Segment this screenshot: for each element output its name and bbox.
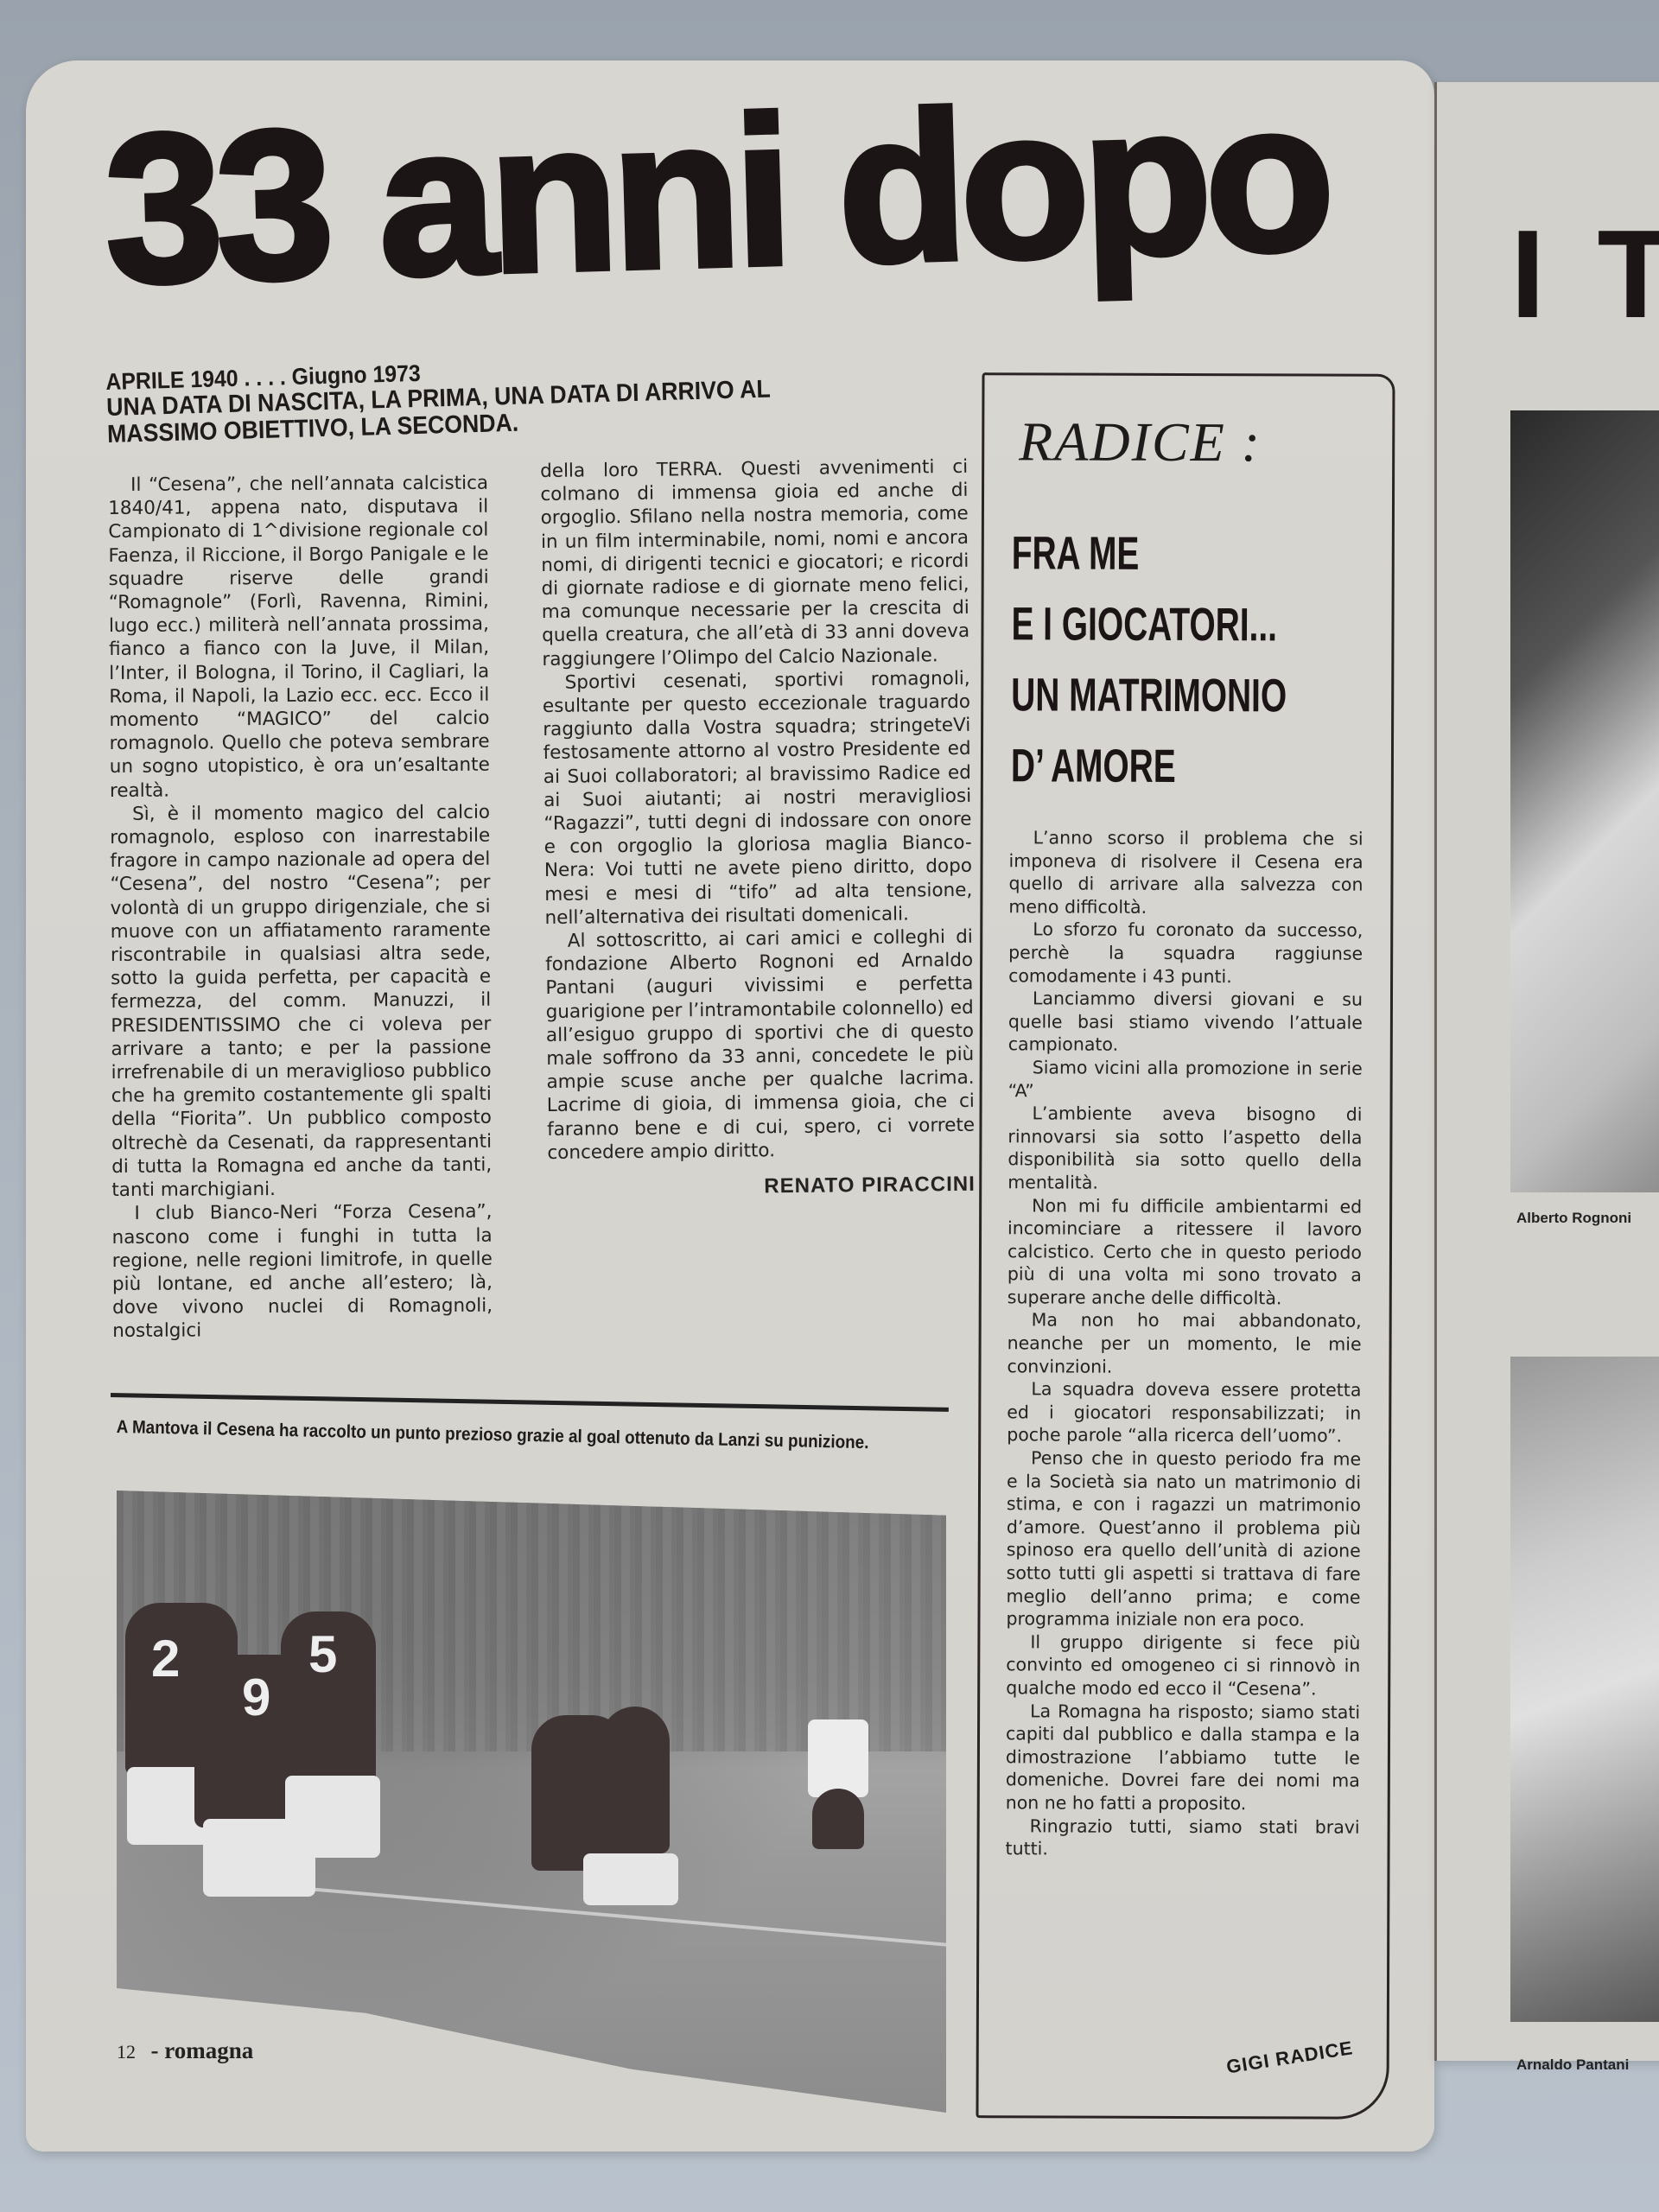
- player-dark-shorts: [812, 1789, 864, 1849]
- article-paragraph: Al sottoscritto, ai cari amici e collegh…: [545, 925, 976, 1165]
- sidebar-paragraph: L’ambiente aveva bisogno di rinnovarsi s…: [1007, 1102, 1362, 1195]
- article-paragraph: della loro TERRA. Questi avvenimenti ci …: [540, 455, 970, 671]
- sidebar-title-line: E I GIOCATORI...: [1011, 588, 1287, 660]
- portrait-caption: Alberto Rognoni: [1516, 1210, 1631, 1227]
- sidebar-paragraph: Il gruppo dirigente si fece più convinto…: [1006, 1630, 1360, 1700]
- portrait-photo-pantani: [1510, 1357, 1659, 2022]
- jersey-number: 9: [242, 1668, 270, 1727]
- sidebar-paragraph: L’anno scorso il problema che si imponev…: [1008, 826, 1363, 919]
- sidebar-author: GIGI RADICE: [1225, 2037, 1355, 2078]
- sidebar-paragraph: Non mi fu difficile ambientarmi ed incom…: [1007, 1194, 1362, 1310]
- publication-name: - romagna: [151, 2037, 254, 2063]
- player-shorts: [285, 1776, 380, 1858]
- article-column-1: Il “Cesena”, che nell’annata calcistica …: [108, 472, 493, 1344]
- article-author: RENATO PIRACCINI: [548, 1173, 976, 1200]
- player: [601, 1707, 670, 1853]
- page-headline: 33 anni dopo: [102, 70, 1330, 315]
- page-footer: 12 - romagna: [117, 2037, 253, 2064]
- player-shorts: [583, 1853, 678, 1905]
- sidebar-paragraph: Penso che in questo periodo fra me e la …: [1006, 1446, 1361, 1631]
- sidebar-kicker: RADICE :: [1019, 410, 1262, 474]
- interview-sidebar-box: RADICE : FRA ME E I GIOCATORI... UN MATR…: [976, 372, 1395, 2120]
- sidebar-title: FRA ME E I GIOCATORI... UN MATRIMONIO D’…: [1011, 518, 1287, 802]
- portrait-caption: Arnaldo Pantani: [1516, 2056, 1629, 2074]
- sidebar-paragraph: Lanciammo diversi giovani e su quelle ba…: [1008, 987, 1363, 1057]
- article-paragraph: Sportivi cesenati, sportivi romagnoli, e…: [543, 667, 973, 930]
- right-magazine-page: I TI Alberto Rognoni Arnaldo Pantani: [1434, 82, 1659, 2061]
- article-paragraph: I club Bianco-Neri “Forza Cesena”, nasco…: [111, 1200, 493, 1344]
- sidebar-title-line: UN MATRIMONIO: [1011, 659, 1287, 731]
- page-number: 12: [117, 2041, 136, 2063]
- right-page-headline: I TI: [1510, 212, 1659, 337]
- sidebar-paragraph: La Romagna ha risposto; siamo stati capi…: [1006, 1700, 1360, 1815]
- sidebar-title-line: D’ AMORE: [1011, 730, 1287, 802]
- sidebar-paragraph: Ma non ho mai abbandonato, neanche per u…: [1007, 1309, 1361, 1379]
- jersey-number: 5: [308, 1624, 337, 1684]
- portrait-photo-rognoni: [1510, 410, 1659, 1192]
- article-paragraph: Sì, è il momento magico del calcio romag…: [110, 801, 492, 1203]
- sidebar-title-line: FRA ME: [1012, 518, 1287, 589]
- player-white-shirt: [808, 1719, 868, 1797]
- article-paragraph: Il “Cesena”, che nell’annata calcistica …: [108, 472, 490, 803]
- sidebar-paragraph: Ringrazio tutti, siamo stati bravi tutti…: [1006, 1815, 1360, 1862]
- sidebar-paragraph: Siamo vicini alla promozione in serie “A…: [1008, 1056, 1363, 1103]
- sidebar-paragraph: Lo sforzo fu coronato da successo, perch…: [1008, 918, 1363, 988]
- article-column-2: della loro TERRA. Questi avvenimenti ci …: [540, 455, 976, 1200]
- sidebar-body: L’anno scorso il problema che si imponev…: [1006, 826, 1363, 1861]
- sidebar-paragraph: La squadra doveva essere protetta ed i g…: [1007, 1378, 1361, 1448]
- jersey-number: 2: [151, 1629, 180, 1688]
